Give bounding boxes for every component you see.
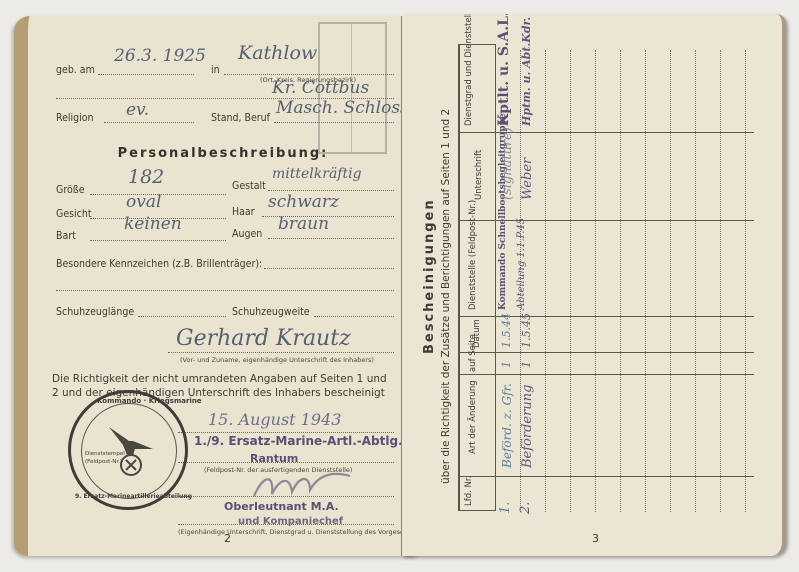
row1-unterschrift: (signature) [500, 127, 515, 200]
row-sep-datum [458, 352, 754, 353]
fieldpost-line [178, 462, 394, 463]
seal-ring-bottom: 9. Ersatz-Marineartillerieabteilung [75, 493, 192, 500]
marks-label: Besondere Kennzeichen (z.B. Brillenträge… [56, 258, 262, 270]
eyes-line [268, 238, 394, 239]
occupation-value: Masch. Schlosser [276, 98, 418, 118]
seal-ring-top: Kommando · Kriegsmarine [97, 397, 202, 405]
unit-stamp: 1./9. Ersatz-Marine-Artl.-Abtlg. [194, 434, 403, 448]
marks-line-1 [264, 268, 394, 269]
birth-place-line [224, 74, 394, 75]
religion-label: Religion [56, 112, 94, 124]
marks-line-2 [56, 290, 394, 291]
row-sep-art [458, 476, 754, 477]
shoe-length-line [138, 316, 226, 317]
row1-art: Beförd. z. Gfr. [500, 383, 514, 468]
seal-inner-text-1: Dienststempel [85, 451, 125, 457]
shoe-width-line [314, 316, 394, 317]
row2-dienststelle: Abteilung 1.1.P.45 [516, 218, 527, 310]
birth-place-value: Kathlow [238, 42, 317, 64]
officer-signature-line [178, 496, 394, 497]
seal-inner-text-2: (Feldpost-Nr.) [85, 459, 122, 465]
soldbuch-spread: geb. am 26.3. 1925 in Kathlow (Ort, Krei… [10, 12, 790, 560]
shoe-width-label: Schuhzeugweite [232, 306, 310, 318]
build-value: mittelkräftig [272, 166, 362, 182]
row1-datum: 1.5.44 [500, 313, 513, 348]
right-page-subtitle: über die Richtigkeit der Zusätze und Ber… [440, 109, 452, 484]
holder-signature: Gerhard Krautz [176, 326, 351, 351]
build-label: Gestalt [232, 180, 266, 192]
col-header-art: Art der Änderung [468, 380, 478, 454]
officer-role-stamp: und Kompaniechef [238, 516, 343, 527]
district-value: Kr. Cottbus [272, 78, 369, 98]
right-page-title: Bescheinigungen [422, 198, 437, 354]
page-number-right: 3 [592, 532, 599, 545]
col-header-datum: Datum [472, 319, 482, 348]
row-sep-seite [458, 374, 754, 375]
occupation-line [274, 122, 394, 123]
religion-line [104, 122, 194, 123]
row1-dienstgrad: Kptlt. u. S.A.L. [496, 14, 512, 126]
page-left: geb. am 26.3. 1925 in Kathlow (Ort, Krei… [14, 16, 418, 556]
col-header-dienststelle: Dienststelle (Feldpost-Nr.) [468, 200, 478, 310]
section-title: Personalbeschreibung: [108, 146, 338, 161]
face-label: Gesicht [56, 208, 92, 220]
eagle-emblem-icon [107, 419, 155, 479]
face-value: oval [126, 192, 161, 212]
birth-date-line [98, 74, 194, 75]
signature-caption: (Vor- und Zuname, eigenhändige Unterschr… [180, 356, 374, 364]
shoe-length-label: Schuhzeuglänge [56, 306, 134, 318]
place-stamp: Rantum [250, 452, 298, 465]
row1-seite: 1 [500, 361, 513, 368]
birth-date-value: 26.3. 1925 [114, 46, 206, 66]
page-number-left: 2 [224, 532, 231, 545]
page-right: Bescheinigungen über die Richtigkeit der… [402, 14, 786, 556]
beard-line [90, 240, 226, 241]
row2-dienstgrad: Hptm. u. Abt.Kdr. [520, 17, 533, 126]
hair-label: Haar [232, 206, 255, 218]
col-header-dienstgrad: Dienstgrad und Dienststellung [464, 14, 474, 126]
issue-date-line [178, 432, 394, 433]
col-header-unterschrift: Unterschrift [474, 150, 484, 200]
row2-seite: 1 [520, 361, 533, 368]
beard-label: Bart [56, 230, 76, 242]
col-header-nr: Lfd. Nr. [464, 476, 474, 506]
height-value: 182 [128, 166, 164, 188]
row2-unterschrift: Weber [520, 158, 535, 200]
occupation-label: Stand, Beruf [211, 112, 270, 124]
build-line [268, 190, 394, 191]
signature-line [168, 352, 394, 353]
officer-rank-stamp: Oberleutnant M.A. [224, 500, 339, 513]
table-left-border [458, 44, 460, 510]
beard-value: keinen [124, 214, 182, 234]
religion-value: ev. [126, 100, 149, 120]
birth-place-label: in [211, 64, 220, 76]
issue-date: 15. August 1943 [208, 410, 341, 429]
height-label: Größe [56, 184, 85, 196]
row2-art: Beförderung [520, 385, 535, 468]
row1-nr: 1. [498, 502, 513, 514]
official-seal: Kommando · Kriegsmarine 9. Ersatz-Marine… [68, 390, 188, 510]
row2-nr: 2. [518, 502, 533, 514]
hair-value: schwarz [268, 192, 339, 212]
officer-caption: (Eigenhändige Unterschrift, Dienstgrad u… [178, 528, 418, 536]
row2-datum: 1.5.45 [520, 313, 533, 348]
birth-date-label: geb. am [56, 64, 95, 76]
eyes-label: Augen [232, 228, 262, 240]
eyes-value: braun [278, 214, 329, 234]
